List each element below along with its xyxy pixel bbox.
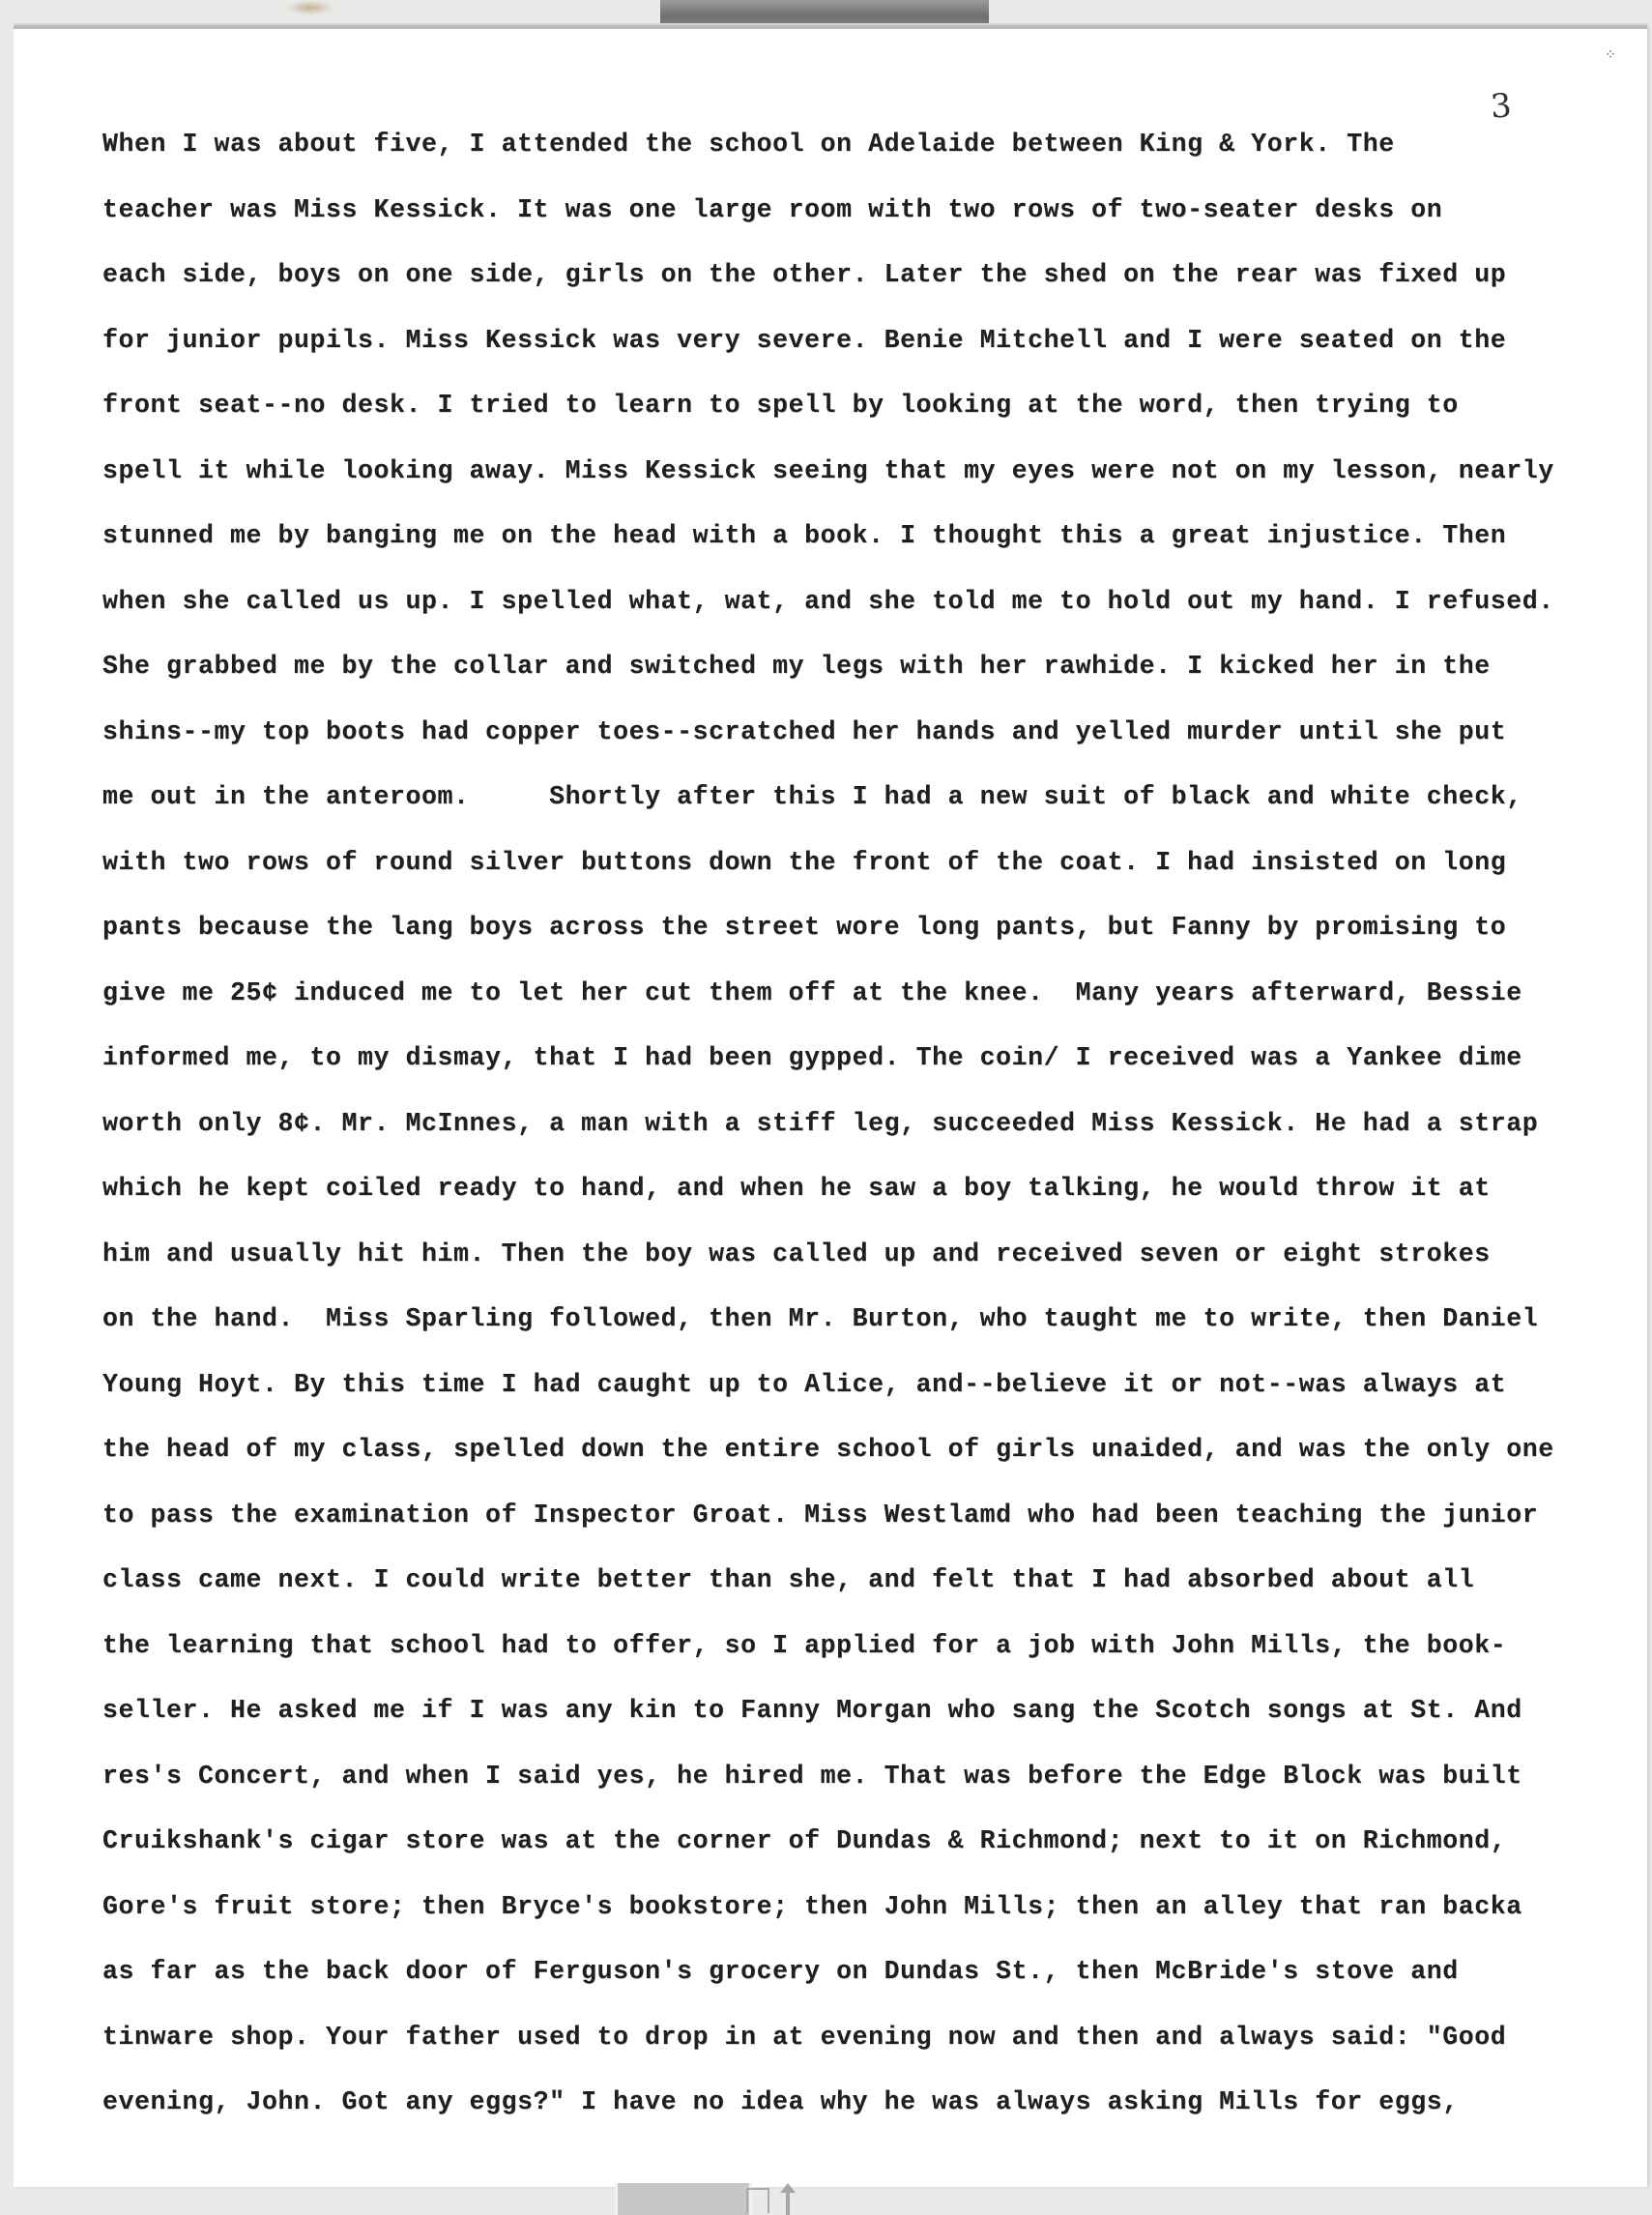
text-line: on the hand. Miss Sparling followed, the… — [102, 1287, 1610, 1353]
text-line: each side, boys on one side, girls on th… — [102, 243, 1610, 308]
text-line: which he kept coiled ready to hand, and … — [102, 1156, 1610, 1222]
text-line: res's Concert, and when I said yes, he h… — [102, 1744, 1610, 1810]
text-line: pants because the lang boys across the s… — [102, 895, 1610, 961]
text-line: worth only 8¢. Mr. McInnes, a man with a… — [102, 1092, 1610, 1157]
text-line: When I was about five, I attended the sc… — [102, 112, 1610, 178]
text-line: class came next. I could write better th… — [102, 1548, 1610, 1614]
text-line: informed me, to my dismay, that I had be… — [102, 1026, 1610, 1092]
text-line: as far as the back door of Ferguson's gr… — [102, 1939, 1610, 2005]
arrow-up-stem — [786, 2192, 790, 2215]
scanner-clip-bottom — [615, 2183, 752, 2215]
text-line: teacher was Miss Kessick. It was one lar… — [102, 178, 1610, 244]
text-line: for junior pupils. Miss Kessick was very… — [102, 308, 1610, 374]
text-line: evening, John. Got any eggs?" I have no … — [102, 2070, 1610, 2136]
paper-stain — [286, 0, 334, 15]
text-line: tinware shop. Your father used to drop i… — [102, 2005, 1610, 2071]
text-line: with two rows of round silver buttons do… — [102, 831, 1610, 896]
text-line: him and usually hit him. Then the boy wa… — [102, 1222, 1610, 1288]
text-line: to pass the examination of Inspector Gro… — [102, 1483, 1610, 1549]
text-line: She grabbed me by the collar and switche… — [102, 634, 1610, 700]
text-line: seller. He asked me if I was any kin to … — [102, 1678, 1610, 1744]
text-line: Young Hoyt. By this time I had caught up… — [102, 1353, 1610, 1418]
text-line: give me 25¢ induced me to let her cut th… — [102, 961, 1610, 1027]
text-line: spell it while looking away. Miss Kessic… — [102, 439, 1610, 505]
clipboard-icon — [746, 2188, 769, 2213]
scanner-clip-top — [660, 0, 989, 27]
text-line: front seat--no desk. I tried to learn to… — [102, 373, 1610, 439]
page-body: When I was about five, I attended the sc… — [102, 112, 1610, 2136]
text-line: when she called us up. I spelled what, w… — [102, 569, 1610, 635]
text-line: the learning that school had to offer, s… — [102, 1614, 1610, 1679]
corner-speck-mark: ⁘ — [1605, 50, 1618, 62]
text-line: Gore's fruit store; then Bryce's booksto… — [102, 1875, 1610, 1940]
text-line: me out in the anteroom. Shortly after th… — [102, 765, 1610, 831]
text-line: shins--my top boots had copper toes--scr… — [102, 700, 1610, 766]
typewritten-page: 3 ⁘ When I was about five, I attended th… — [14, 25, 1647, 2187]
text-line: stunned me by banging me on the head wit… — [102, 504, 1610, 569]
text-line: the head of my class, spelled down the e… — [102, 1417, 1610, 1483]
text-line: Cruikshank's cigar store was at the corn… — [102, 1809, 1610, 1875]
